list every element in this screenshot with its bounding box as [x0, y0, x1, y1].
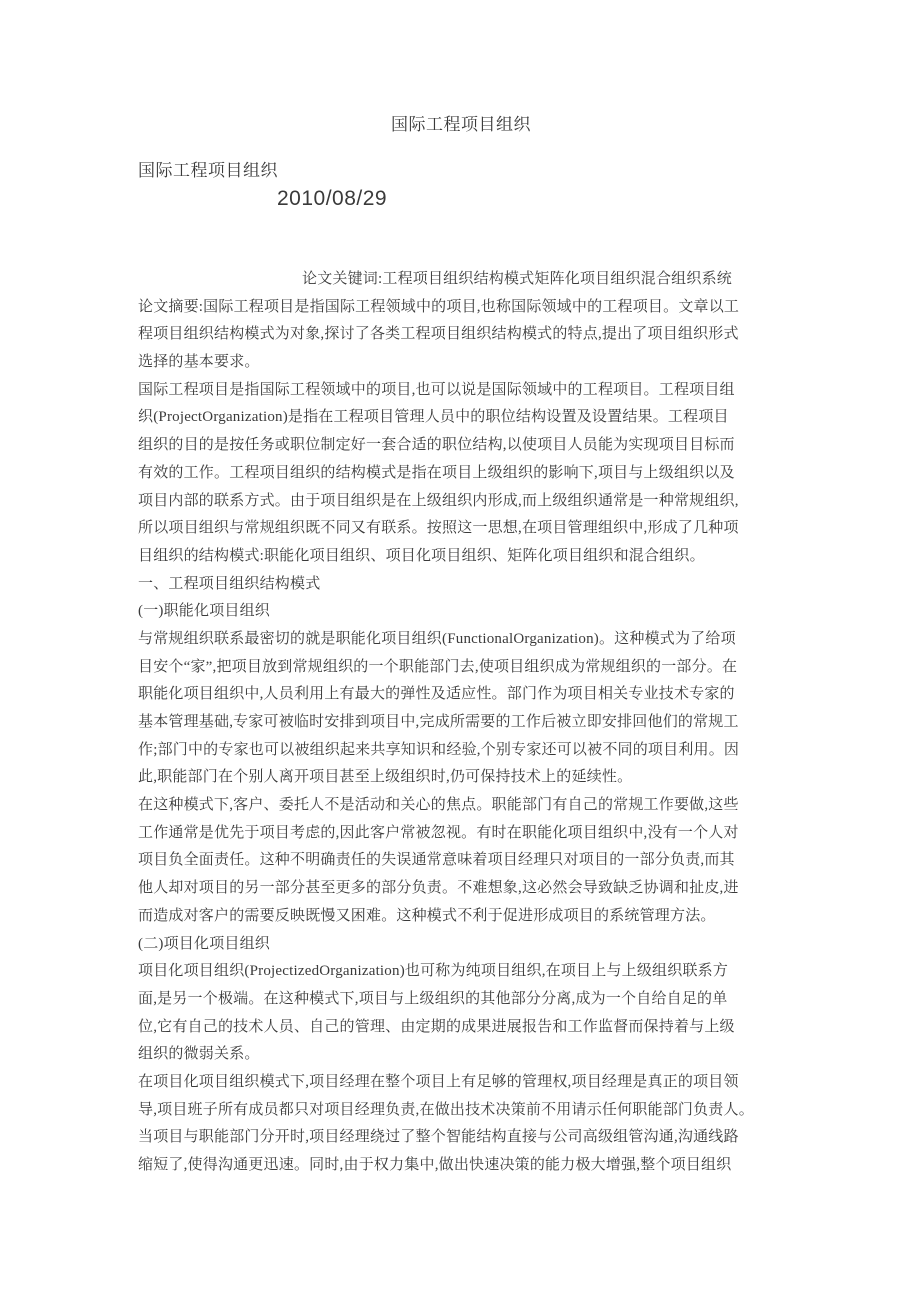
document-body: 论文关键词:工程项目组织结构模式矩阵化项目组织混合组织系统 论文摘要:国际工程项…: [138, 266, 784, 1180]
body-text-line: (一)职能化项目组织: [138, 598, 784, 626]
document-title: 国际工程项目组织: [138, 110, 784, 139]
body-text-line: 程项目组织结构模式为对象,探讨了各类工程项目组织结构模式的特点,提出了项目组织形…: [138, 321, 784, 349]
body-text-line: 所以项目组织与常规组织既不同又有联系。按照这一思想,在项目管理组织中,形成了几种…: [138, 515, 784, 543]
body-text-line: (二)项目化项目组织: [138, 931, 784, 959]
keywords-line: 论文关键词:工程项目组织结构模式矩阵化项目组织混合组织系统: [138, 266, 784, 294]
body-text-line: 一、工程项目组织结构模式: [138, 571, 784, 599]
body-text-line: 目组织的结构模式:职能化项目组织、项目化项目组织、矩阵化项目组织和混合组织。: [138, 543, 784, 571]
document-page: 国际工程项目组织 国际工程项目组织 2010/08/29 论文关键词:工程项目组…: [0, 0, 920, 1302]
body-text-line: 缩短了,使得沟通更迅速。同时,由于权力集中,做出快速决策的能力极大增强,整个项目…: [138, 1152, 784, 1180]
body-text-line: 工作通常是优先于项目考虑的,因此客户常被忽视。有时在职能化项目组织中,没有一个人…: [138, 820, 784, 848]
body-text-line: 位,它有自己的技术人员、自己的管理、由定期的成果进展报告和工作监督而保持着与上级: [138, 1014, 784, 1042]
body-text-line: 他人却对项目的另一部分甚至更多的部分负责。不难想象,这必然会导致缺乏协调和扯皮,…: [138, 875, 784, 903]
body-lines: 论文摘要:国际工程项目是指国际工程领域中的项目,也称国际领域中的工程项目。文章以…: [138, 294, 784, 1180]
body-text-line: 导,项目班子所有成员都只对项目经理负责,在做出技术决策前不用请示任何职能部门负责…: [138, 1097, 784, 1125]
body-text-line: 在项目化项目组织模式下,项目经理在整个项目上有足够的管理权,项目经理是真正的项目…: [138, 1069, 784, 1097]
body-text-line: 当项目与职能部门分开时,项目经理绕过了整个智能结构直接与公司高级组管沟通,沟通线…: [138, 1124, 784, 1152]
body-text-line: 选择的基本要求。: [138, 349, 784, 377]
body-text-line: 作;部门中的专家也可以被组织起来共享知识和经验,个别专家还可以被不同的项目利用。…: [138, 737, 784, 765]
body-text-line: 面,是另一个极端。在这种模式下,项目与上级组织的其他部分分离,成为一个自给自足的…: [138, 986, 784, 1014]
body-text-line: 目安个“家”,把项目放到常规组织的一个职能部门去,使项目组织成为常规组织的一部分…: [138, 654, 784, 682]
body-text-line: 基本管理基础,专家可被临时安排到项目中,完成所需要的工作后被立即安排回他们的常规…: [138, 709, 784, 737]
body-text-line: 组织的目的是按任务或职位制定好一套合适的职位结构,以使项目人员能为实现项目目标而: [138, 432, 784, 460]
body-text-line: 职能化项目组织中,人员利用上有最大的弹性及适应性。部门作为项目相关专业技术专家的: [138, 681, 784, 709]
body-text-line: 有效的工作。工程项目组织的结构模式是指在项目上级组织的影响下,项目与上级组织以及: [138, 460, 784, 488]
body-text-line: 与常规组织联系最密切的就是职能化项目组织(FunctionalOrganizat…: [138, 626, 784, 654]
body-text-line: 而造成对客户的需要反映既慢又困难。这种模式不利于促进形成项目的系统管理方法。: [138, 903, 784, 931]
body-text-line: 论文摘要:国际工程项目是指国际工程领域中的项目,也称国际领域中的工程项目。文章以…: [138, 294, 784, 322]
body-text-line: 组织的微弱关系。: [138, 1041, 784, 1069]
document-subtitle: 国际工程项目组织: [138, 156, 278, 185]
body-text-line: 项目负全面责任。这种不明确责任的失误通常意味着项目经理只对项目的一部分负责,而其: [138, 847, 784, 875]
body-text-line: 项目内部的联系方式。由于项目组织是在上级组织内形成,而上级组织通常是一种常规组织…: [138, 488, 784, 516]
body-text-line: 此,职能部门在个别人离开项目甚至上级组织时,仍可保持技术上的延续性。: [138, 764, 784, 792]
body-text-line: 国际工程项目是指国际工程领域中的项目,也可以说是国际领域中的工程项目。工程项目组: [138, 377, 784, 405]
body-text-line: 织(ProjectOrganization)是指在工程项目管理人员中的职位结构设…: [138, 404, 784, 432]
body-text-line: 项目化项目组织(ProjectizedOrganization)也可称为纯项目组…: [138, 958, 784, 986]
body-text-line: 在这种模式下,客户、委托人不是活动和关心的焦点。职能部门有自己的常规工作要做,这…: [138, 792, 784, 820]
document-date: 2010/08/29: [277, 184, 387, 213]
